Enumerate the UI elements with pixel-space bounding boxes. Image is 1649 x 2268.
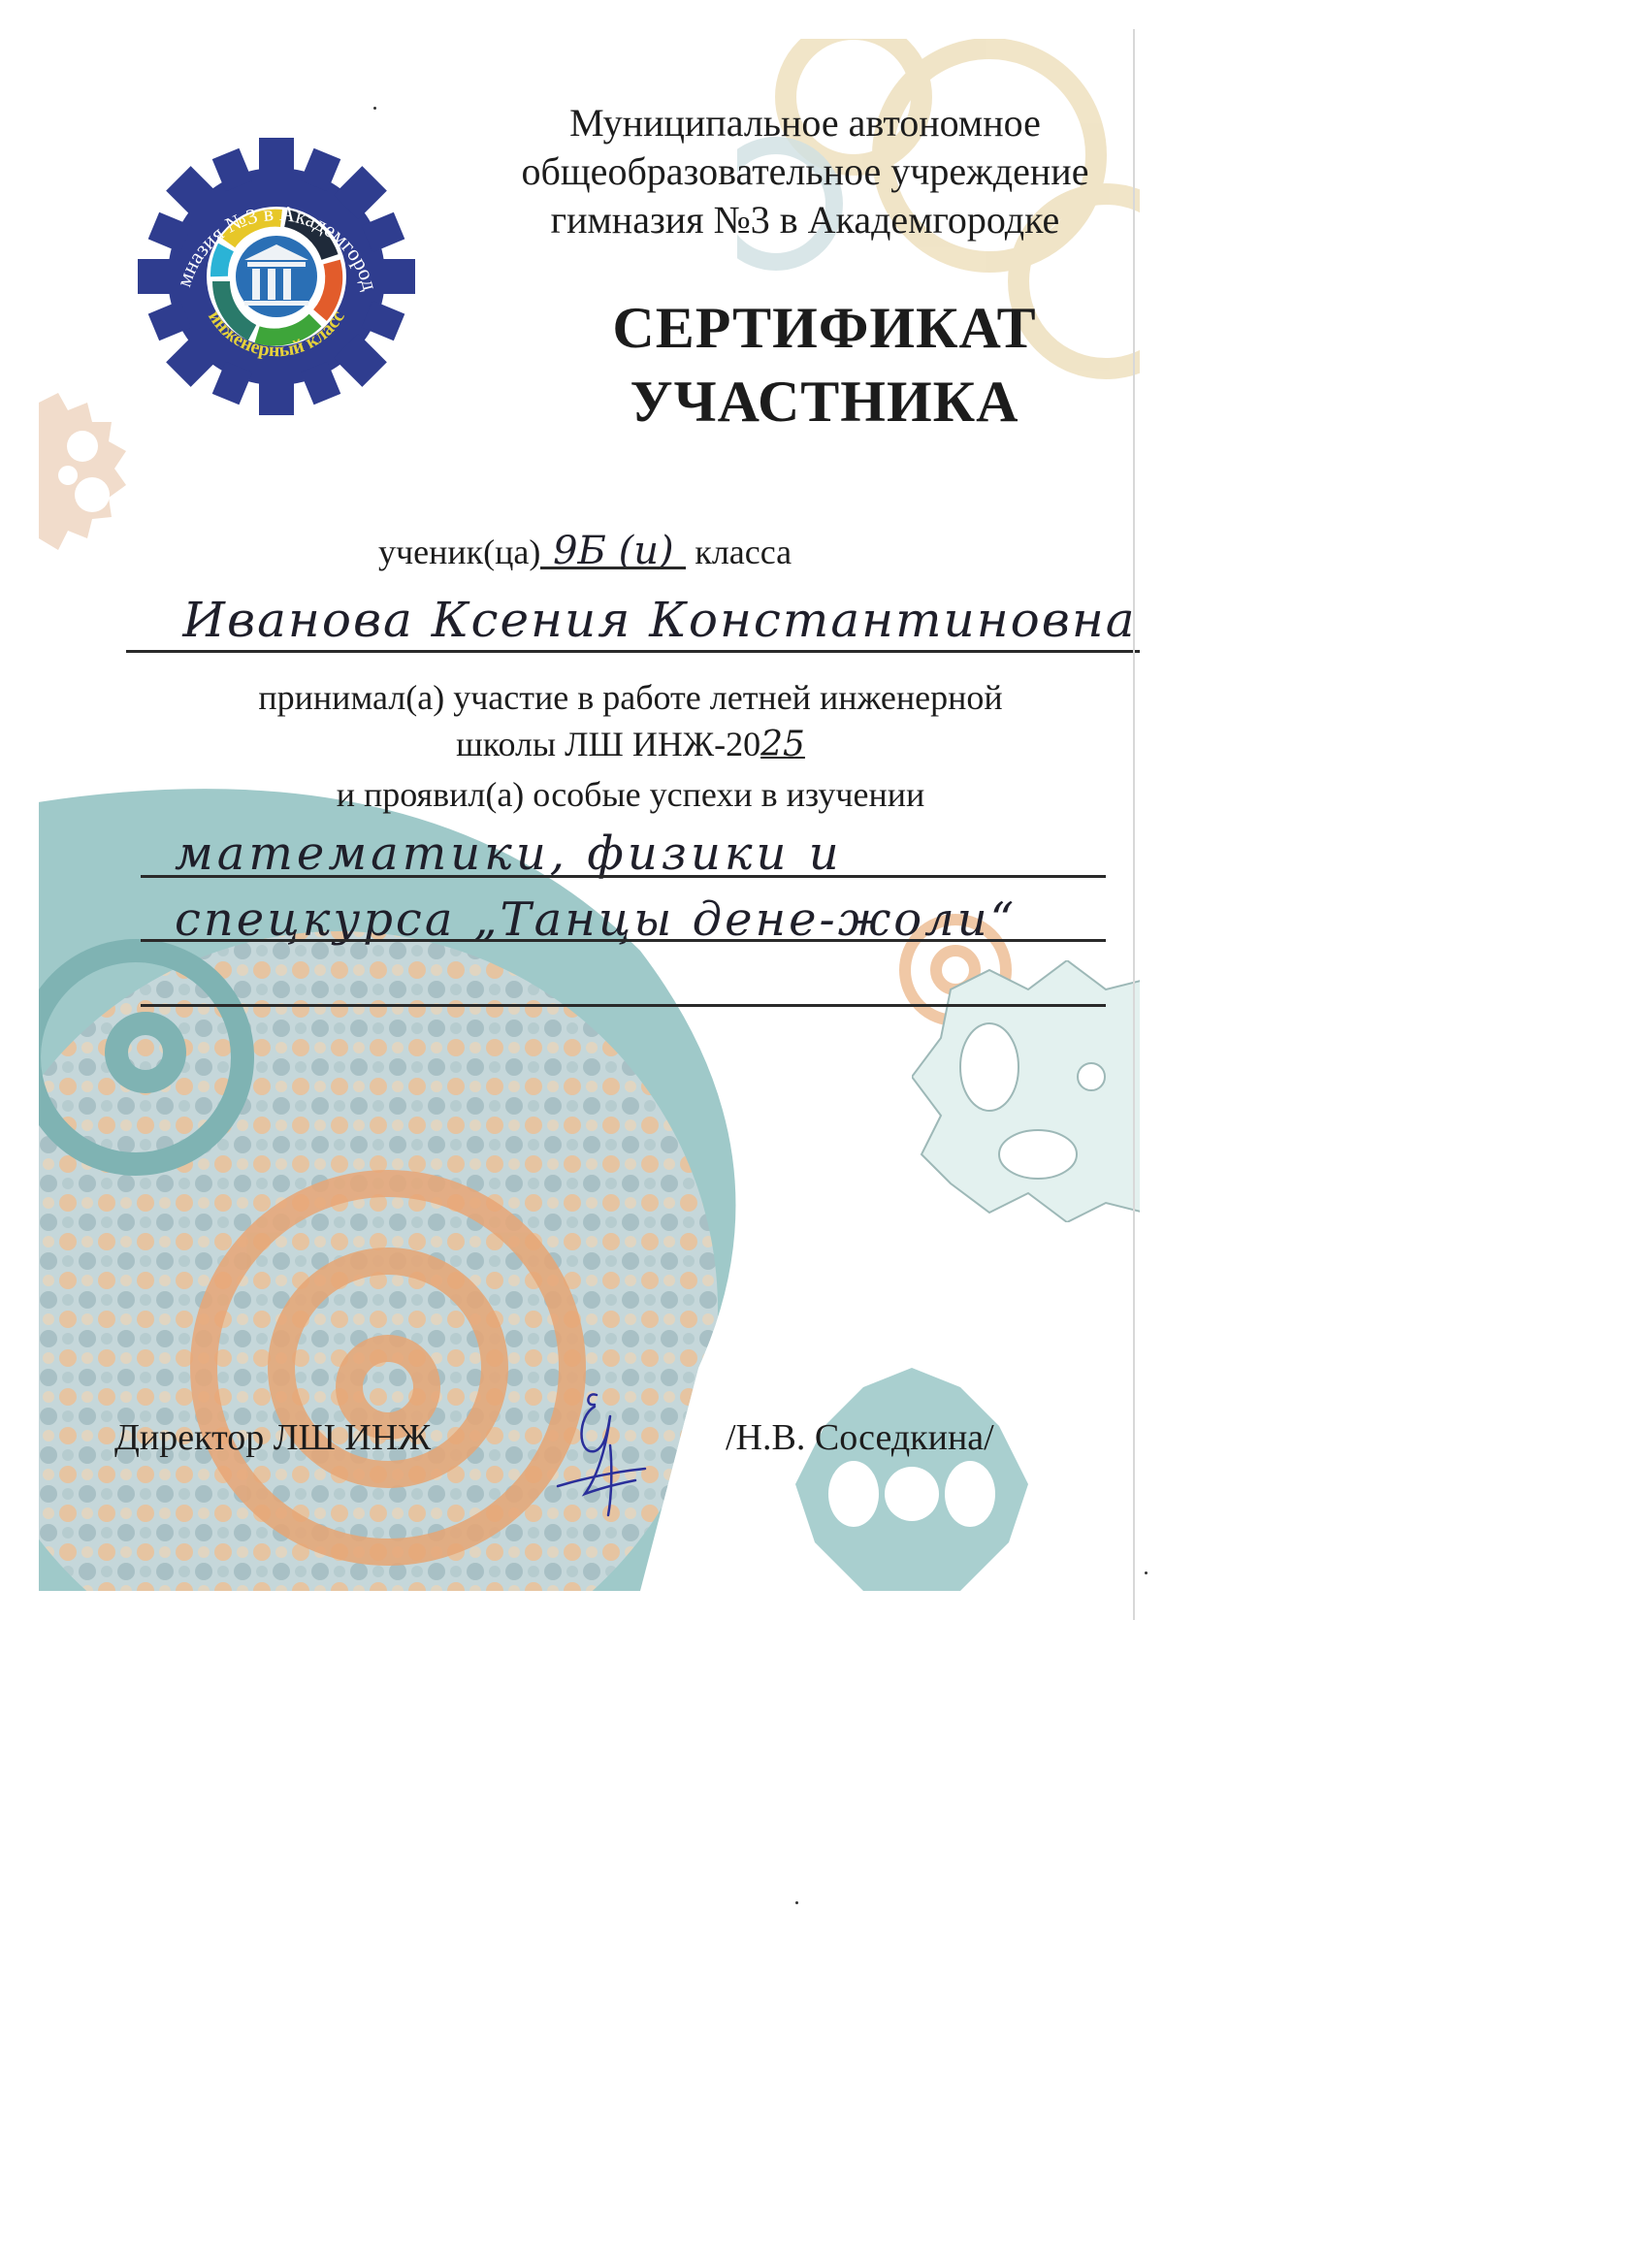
- scan-speck: [373, 107, 376, 110]
- class-suffix: класса: [695, 533, 792, 571]
- title-line: СЕРТИФИКАТ: [504, 291, 1140, 365]
- organization-line: Муниципальное автономное: [466, 99, 1140, 147]
- director-signature: [538, 1387, 674, 1523]
- student-name: Иванова Ксения Константиновна: [170, 592, 1140, 648]
- participation-line-1: принимал(а) участие в работе летней инже…: [165, 677, 1096, 718]
- organization-line: гимназия №3 в Академгородке: [466, 196, 1140, 244]
- decor-gear-bottom-right: [786, 1368, 1038, 1591]
- student-label: ученик(ца): [378, 533, 540, 571]
- school-logo: Гимназия №3 в Академгородке инженерный к…: [136, 136, 417, 417]
- director-role: Директор ЛШ ИНЖ: [114, 1416, 431, 1459]
- subjects-underline-1: [141, 875, 1106, 878]
- decor-gear-left-small: [39, 393, 126, 558]
- name-underline: [126, 650, 1140, 653]
- decor-gear-right-pale: [912, 960, 1140, 1222]
- subjects-line-1: математики, физики и: [175, 826, 1096, 881]
- gear-emblem-icon: Гимназия №3 в Академгородке инженерный к…: [136, 136, 417, 417]
- certificate-sheet: Гимназия №3 в Академгородке инженерный к…: [39, 29, 1140, 1615]
- scan-speck: [1145, 1571, 1148, 1574]
- year-suffix: 25: [760, 725, 805, 764]
- signature-scribble-icon: [538, 1387, 674, 1523]
- school-name-prefix: школы ЛШ ИНЖ-20: [456, 725, 760, 763]
- organization-name: Муниципальное автономное общеобразовател…: [466, 99, 1140, 244]
- participation-line-2: школы ЛШ ИНЖ-2025: [165, 724, 1096, 764]
- subjects-underline-3: [141, 1004, 1106, 1007]
- class-row: ученик(ца)9Б (и) класса: [378, 529, 792, 573]
- subjects-underline-2: [141, 939, 1106, 942]
- achievement-line: и проявил(а) особые успехи в изучении: [165, 774, 1096, 815]
- sheet-edge: [1133, 29, 1135, 1620]
- director-name: /Н.В. Соседкина/: [726, 1416, 994, 1459]
- certificate-title: СЕРТИФИКАТ УЧАСТНИКА: [504, 291, 1140, 438]
- class-value: 9Б (и): [540, 529, 686, 573]
- scan-speck: [795, 1901, 798, 1904]
- title-line: УЧАСТНИКА: [504, 365, 1140, 438]
- organization-line: общеобразовательное учреждение: [466, 147, 1140, 196]
